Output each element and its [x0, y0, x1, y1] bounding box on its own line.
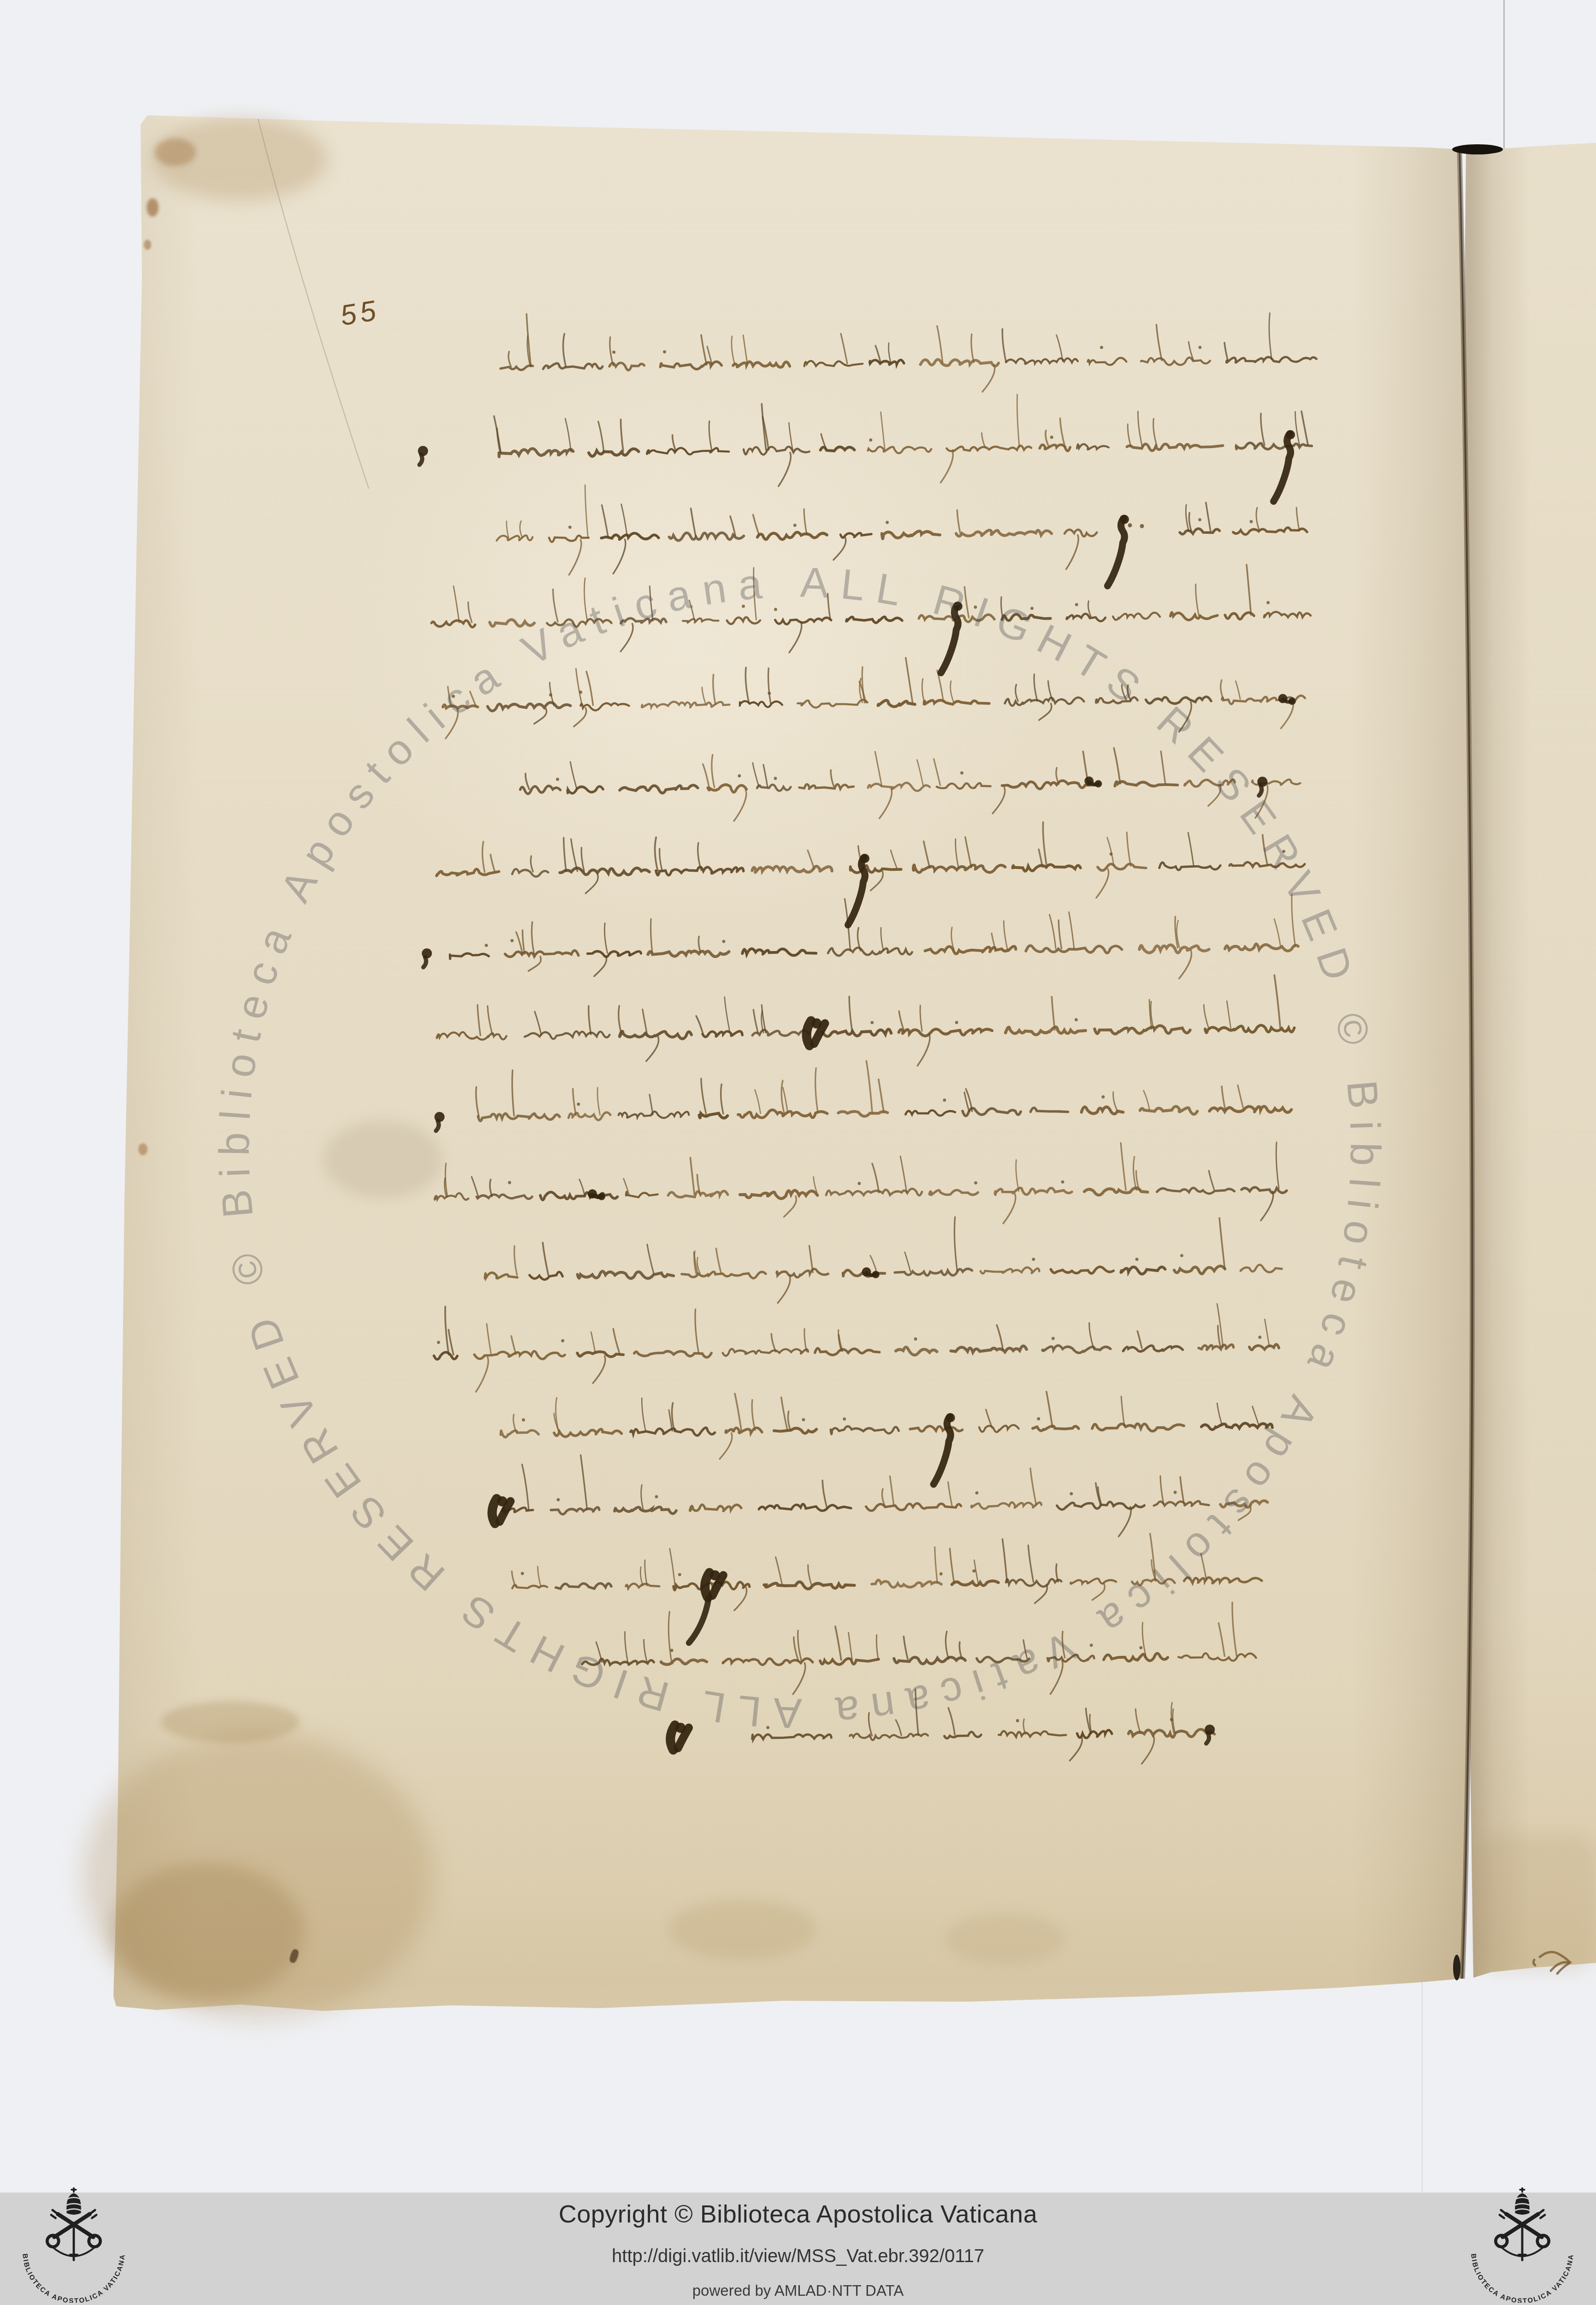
gutter-notch-top — [1452, 144, 1503, 154]
vatican-library-logo-left: BIBLIOTECA APOSTOLICA VATICANA — [18, 2187, 129, 2303]
svg-text:ALL RIGHTS RESERVED © Bibliote: ALL RIGHTS RESERVED © Biblioteca Apostol… — [211, 559, 1389, 1737]
scanned-manuscript-viewer: { "document": { "folio_number": "55", "s… — [0, 0, 1596, 2305]
manuscript-overlay: 55 ALL RIGHTS RESERVED © Biblioteca Apos… — [0, 0, 1596, 2305]
copyright-watermark: ALL RIGHTS RESERVED © Biblioteca Apostol… — [211, 559, 1389, 1737]
folio-number: 55 — [338, 294, 382, 331]
footer-powered-by-text: powered by AMLAD·NTT DATA — [0, 2282, 1596, 2299]
footer-copyright-text: Copyright © Biblioteca Apostolica Vatica… — [0, 2200, 1596, 2228]
corner-scribble — [1533, 1952, 1570, 1974]
gutter-notch-bottom — [1453, 1955, 1460, 1980]
watermark-ring-text: ALL RIGHTS RESERVED © Biblioteca Apostol… — [211, 559, 1389, 1737]
vatican-library-logo-right: BIBLIOTECA APOSTOLICA VATICANA — [1467, 2187, 1578, 2303]
footer-url-text: http://digi.vatlib.it/view/MSS_Vat.ebr.3… — [0, 2246, 1596, 2267]
gutter-crease — [1452, 144, 1503, 1980]
